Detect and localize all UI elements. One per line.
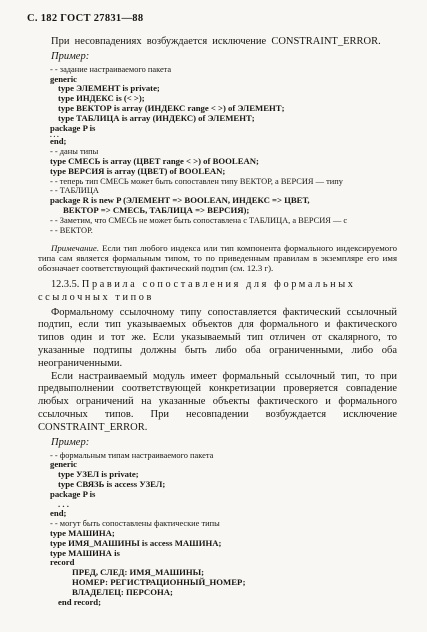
code-block-generic-access-types: - - формальным типам настраиваемого паке… [50,451,397,608]
intro-paragraph: При несовпадениях возбуждается исключени… [38,36,397,49]
note-paragraph: Примечание. Если тип любого индекса или … [38,244,397,273]
section-title: Правила сопоставления для формальных ссы… [38,279,356,303]
code-line: . . . [50,500,397,510]
code-line: - - формальным типам настраиваемого паке… [50,451,397,461]
section-number: 12.3.5. [51,279,79,290]
code-line: - - Заметим, что СМЕСЬ не может быть соп… [50,216,397,226]
code-line: type ВЕРСИЯ is array (ЦВЕТ) of BOOLEAN; [50,167,397,177]
section-paragraph-1: Формальному ссылочному типу сопоставляет… [38,307,397,371]
code-line: end record; [50,598,397,608]
code-line: type МАШИНА is [50,549,397,559]
code-line: type СВЯЗЬ is access УЗЕЛ; [50,480,397,490]
example2-label: Пример: [38,436,397,449]
section-heading: 12.3.5. Правила сопоставления для формал… [38,279,397,304]
document-page: С. 182 ГОСТ 27831—88 При несовпадениях в… [0,0,427,632]
code-line: ВЕКТОР => СМЕСЬ, ТАБЛИЦА => ВЕРСИЯ); [50,206,397,216]
code-block-generic-array-types: - - задание настраиваемого пакетаgeneric… [50,65,397,236]
section-paragraph-2: Если настраиваемый модуль имеет формальн… [38,371,397,435]
code-line: - - теперь тип СМЕСЬ может быть сопостав… [50,177,397,187]
page-header: С. 182 ГОСТ 27831—88 [27,13,397,24]
code-line: package P is [50,490,397,500]
code-line: type ТАБЛИЦА is array (ИНДЕКС) of ЭЛЕМЕН… [50,114,397,124]
code-line: - - ВЕКТОР. [50,226,397,236]
code-line: package P is [50,124,397,134]
example1-label: Пример: [38,50,397,63]
code-line: - - задание настраиваемого пакета [50,65,397,75]
code-line: end; [50,509,397,519]
code-line: ВЛАДЕЛЕЦ: ПЕРСОНА; [50,588,397,598]
code-line: end; [50,137,397,147]
note-lead: Примечание. [51,243,99,253]
